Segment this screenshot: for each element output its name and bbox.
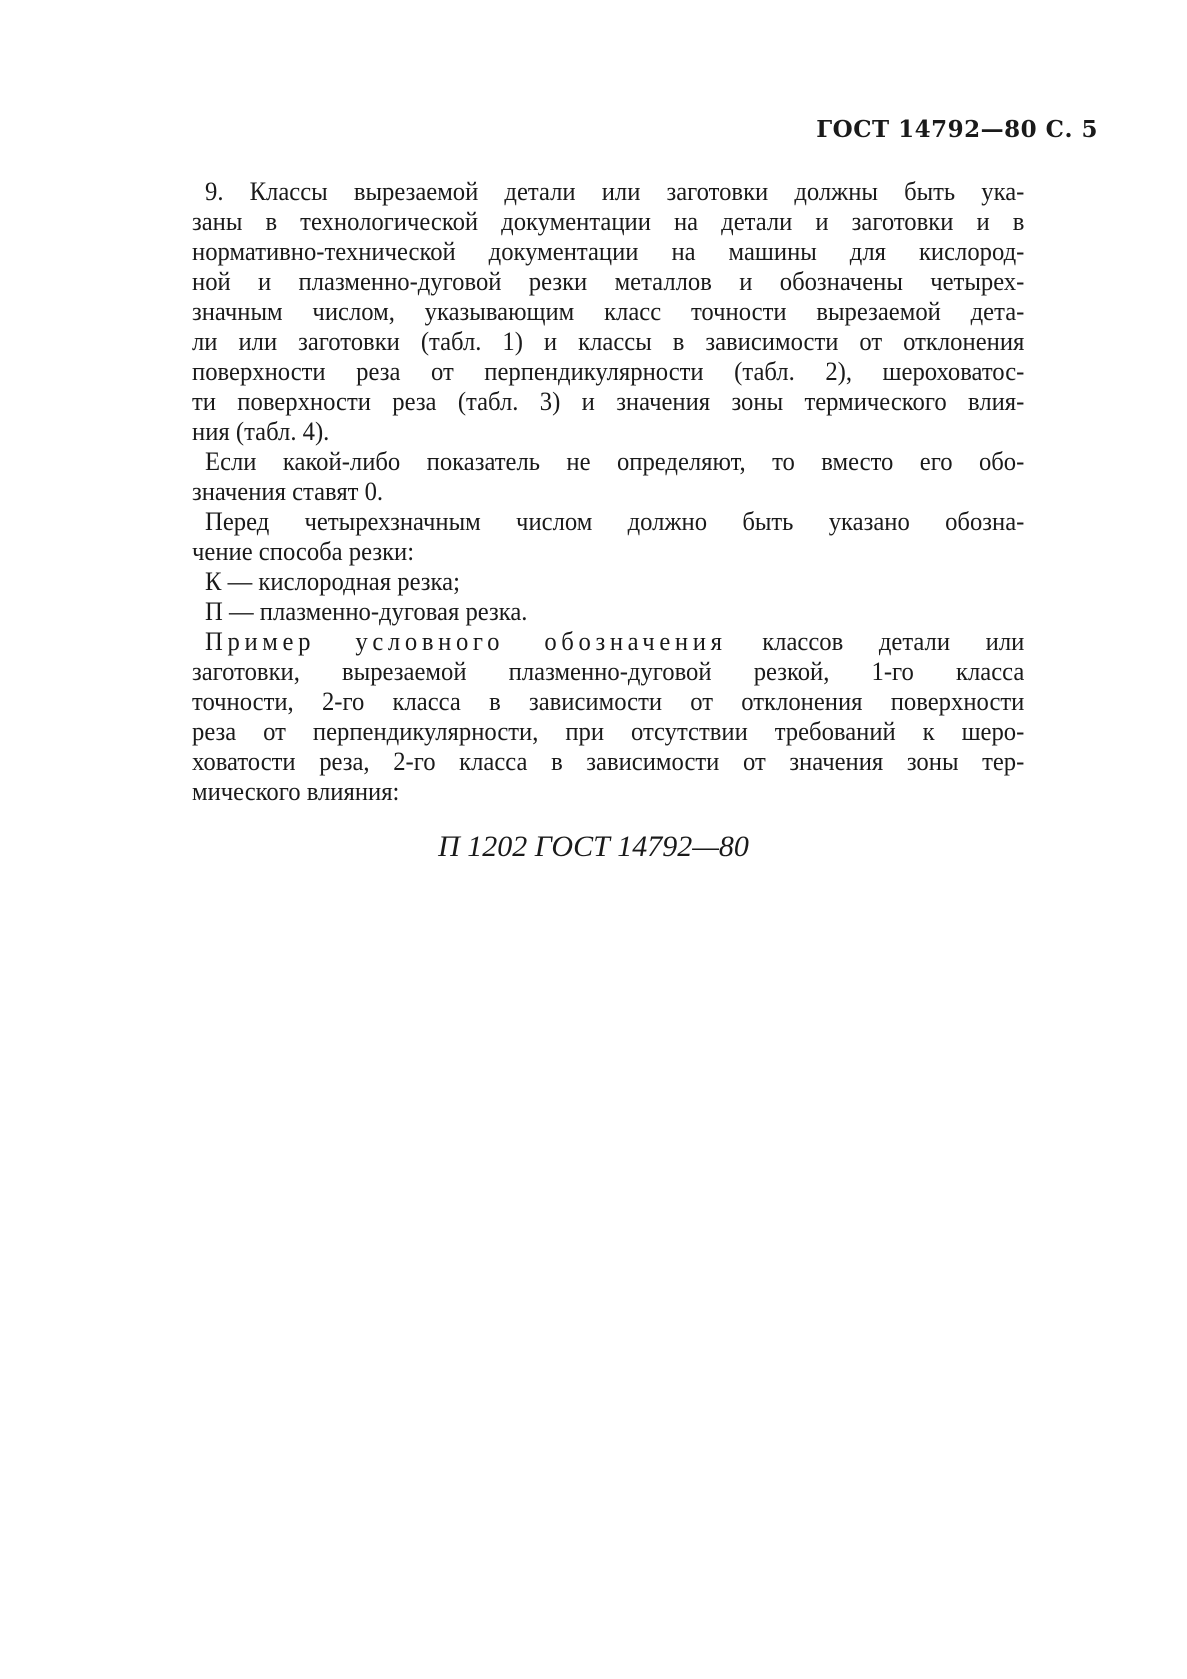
text-line: заны в технологической документации на д… (192, 206, 1024, 236)
example-lead: Пример условного обозначения (205, 626, 727, 656)
document-body: 9. Классы вырезаемой детали или заготовк… (192, 176, 1024, 806)
text-line: нормативно-технической документации на м… (192, 236, 1024, 266)
text-line: точности, 2-го класса в зависимости от о… (192, 686, 1024, 716)
text-line: ной и плазменно-дуговой резки металлов и… (192, 266, 1024, 296)
text-line: заготовки, вырезаемой плазменно-дуговой … (192, 656, 1024, 686)
method-list: К — кислородная резка; П — плазменно-дуг… (192, 566, 1024, 626)
text-line: значным числом, указывающим класс точнос… (192, 296, 1024, 326)
text-line: ти поверхности реза (табл. 3) и значения… (192, 386, 1024, 416)
text-line: чение способа резки: (192, 536, 1024, 566)
text-line: мического влияния: (192, 776, 1024, 806)
method-item-oxygen: К — кислородная резка; (192, 566, 1024, 596)
method-item-plasma: П — плазменно-дуговая резка. (192, 596, 1024, 626)
text-line: Перед четырехзначным числом должно быть … (192, 506, 1024, 536)
text-line: Пример условного обозначения классов дет… (192, 626, 1024, 656)
paragraph-zero-rule: Если какой-либо показатель не определяют… (192, 446, 1024, 506)
text-line: значения ставят 0. (192, 476, 1024, 506)
text-line: 9. Классы вырезаемой детали или заготовк… (192, 176, 1024, 206)
paragraph-9: 9. Классы вырезаемой детали или заготовк… (192, 176, 1024, 446)
text-line: ли или заготовки (табл. 1) и классы в за… (192, 326, 1024, 356)
text-line: реза от перпендикулярности, при отсутств… (192, 716, 1024, 746)
text-line: ховатости реза, 2-го класса в зависимост… (192, 746, 1024, 776)
text-line: Если какой-либо показатель не определяют… (192, 446, 1024, 476)
paragraph-method: Перед четырехзначным числом должно быть … (192, 506, 1024, 566)
example-lead-rest: классов детали или (762, 626, 1024, 656)
text-line: ния (табл. 4). (192, 416, 1024, 446)
text-line: поверхности реза от перпендикулярности (… (192, 356, 1024, 386)
paragraph-example: Пример условного обозначения классов дет… (192, 626, 1024, 806)
running-header: ГОСТ 14792—80 С. 5 (816, 116, 1098, 143)
designation-example: П 1202 ГОСТ 14792—80 (0, 830, 1187, 864)
